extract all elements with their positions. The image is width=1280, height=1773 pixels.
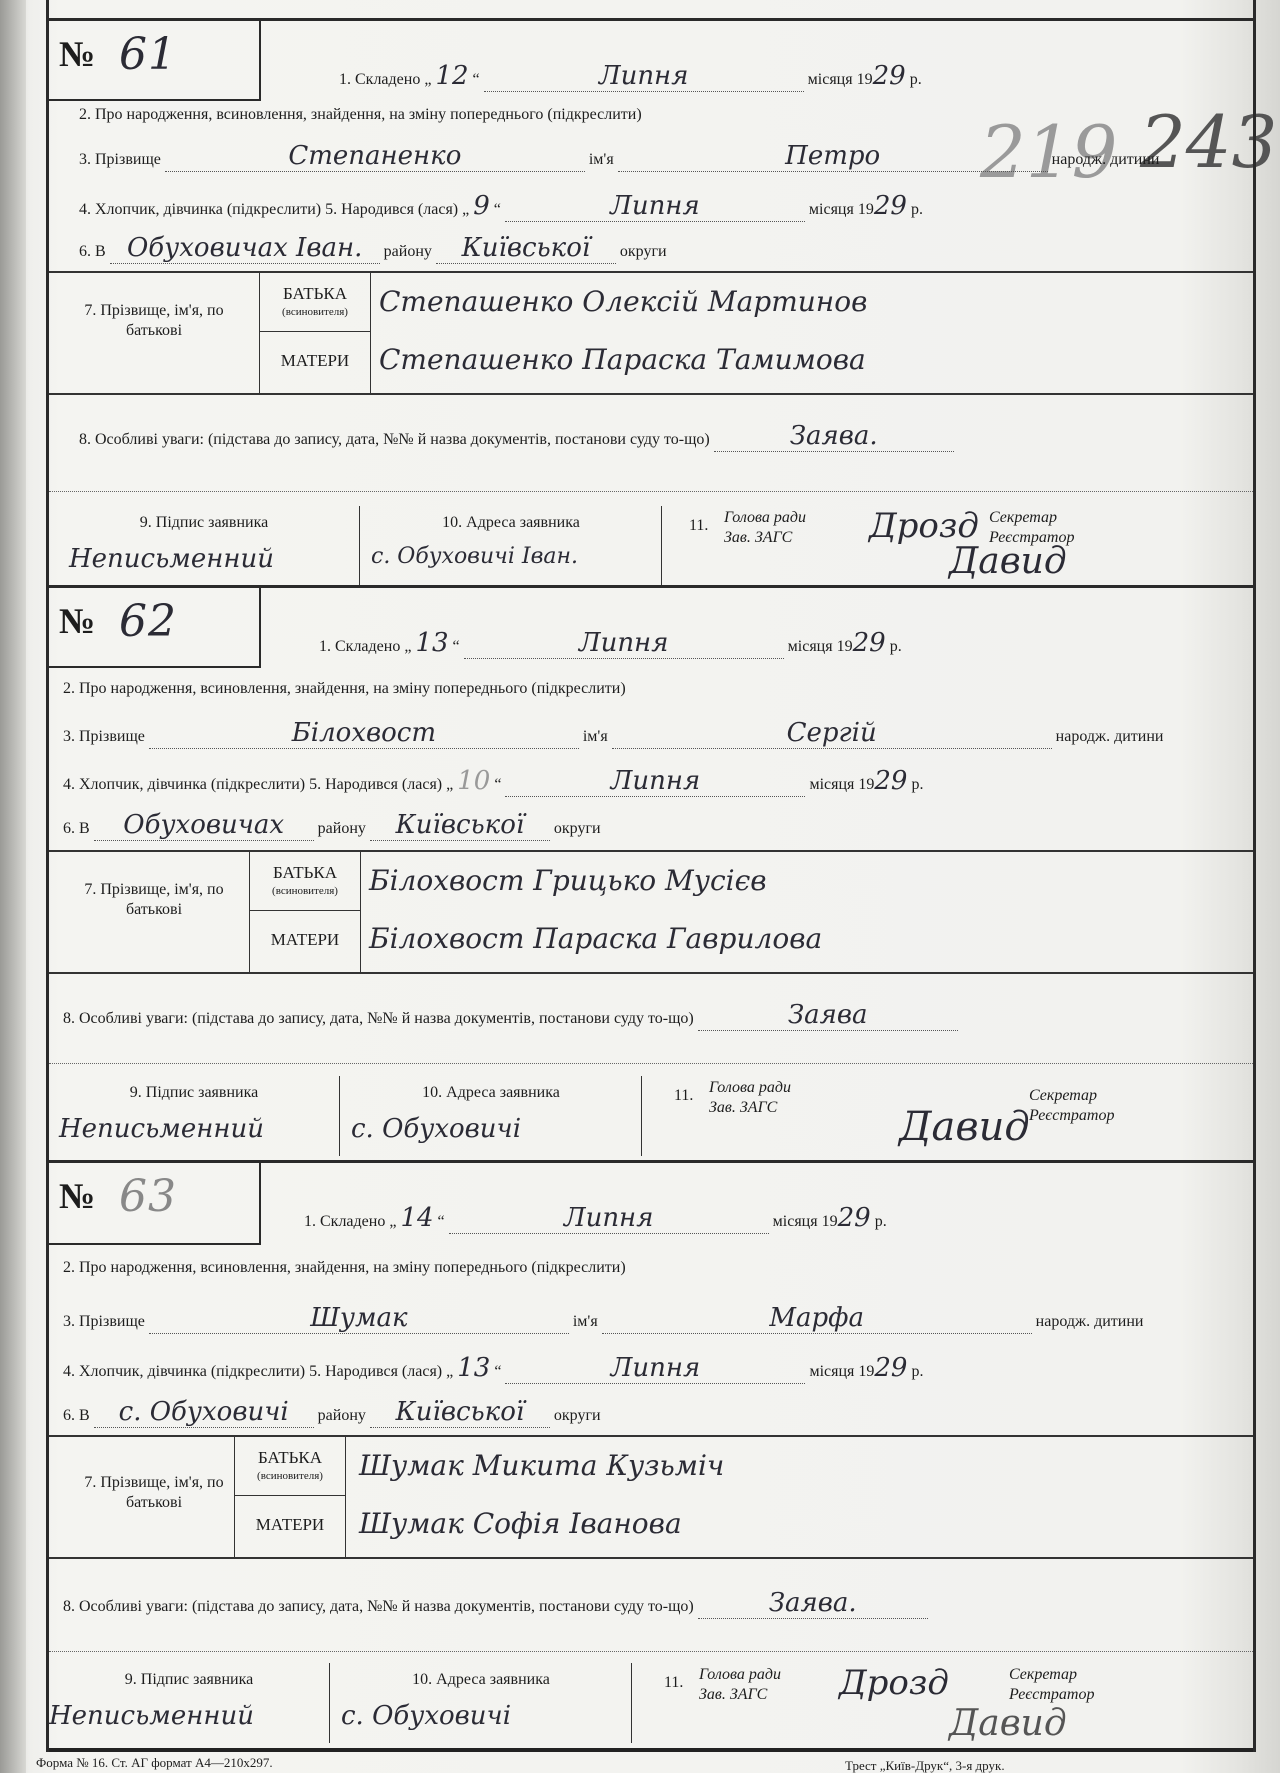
first-name-value: Петро xyxy=(785,141,880,171)
registrar-titles: СекретарРеєстратор xyxy=(1009,1665,1094,1705)
divider xyxy=(49,1651,1253,1652)
year-suffix: р. xyxy=(911,1363,923,1380)
divider xyxy=(49,491,1253,492)
mother-label: МАТЕРИ xyxy=(250,930,360,950)
composed-day: 13 xyxy=(415,628,448,658)
officials-number: 11. xyxy=(674,1086,693,1106)
composed-month: Липня xyxy=(599,61,689,91)
record-number: 63 xyxy=(119,1171,177,1222)
applicant-address: с. Обуховичі Іван. xyxy=(371,544,578,569)
year-suffix: р. xyxy=(911,201,923,218)
remarks-label: 8. Особливі уваги: (підстава до запису, … xyxy=(63,1598,694,1615)
birth-line: 4. Хлопчик, дівчинка (підкреслити) 5. На… xyxy=(79,191,923,222)
applicant-signature: Неписьменний xyxy=(49,1701,254,1731)
born-year: 29 xyxy=(874,766,907,796)
remarks-line: 8. Особливі уваги: (підстава до запису, … xyxy=(63,1588,928,1619)
surname-line: 3. Прізвище Білохвост ім'я Сергій народж… xyxy=(63,718,1163,749)
child-born-label: народж. дитини xyxy=(1036,1313,1144,1330)
official-titles: Голова радиЗав. ЗАГС xyxy=(699,1665,781,1705)
first-name-value: Марфа xyxy=(769,1303,864,1333)
quote: “ xyxy=(494,201,501,218)
record-63: № 63 1. Складено „ 14 “ Липня місяця 192… xyxy=(49,1160,1253,1743)
applicant-address-cell: 10. Адреса заявника с. Обуховичі xyxy=(331,1663,631,1743)
record-number-box: № 62 xyxy=(49,588,261,668)
composed-year: 29 xyxy=(873,61,906,91)
born-label: 5. Народився (лася) „ xyxy=(309,776,453,793)
applicant-signature: Неписьменний xyxy=(59,1114,264,1144)
surname-label: 3. Прізвище xyxy=(79,151,161,168)
father-value: Степашенко Олексій Мартинов xyxy=(379,285,867,318)
born-year: 29 xyxy=(874,1353,907,1383)
place-line: 6. В с. Обуховичі району Київської округ… xyxy=(63,1397,601,1428)
year-suffix: р. xyxy=(890,638,902,655)
record-number-box: № 61 xyxy=(49,21,261,101)
parents-column: БАТЬКА(всиновителя) МАТЕРИ xyxy=(234,1437,346,1557)
composed-month: Липня xyxy=(564,1203,654,1233)
place-value: Обуховичах xyxy=(123,810,284,840)
number-sign: № xyxy=(59,33,95,75)
mother-value: Шумак Софія Іванова xyxy=(359,1507,682,1540)
composed-label: 1. Складено „ xyxy=(339,71,431,88)
district-value: Київської xyxy=(462,233,591,263)
record-number: 62 xyxy=(119,596,177,647)
remarks-label: 8. Особливі уваги: (підстава до запису, … xyxy=(63,1010,694,1027)
month-of-label: місяця 19 xyxy=(809,201,874,218)
applicant-address-cell: 10. Адреса заявника с. Обуховичі Іван. xyxy=(361,506,661,586)
place-value: с. Обуховичі xyxy=(119,1397,289,1427)
surname-value: Білохвост xyxy=(292,718,436,748)
about-line: 2. Про народження, всиновлення, знайденн… xyxy=(63,680,626,698)
place-line: 6. В Обуховичах району Київської округи xyxy=(63,810,601,841)
composed-year: 29 xyxy=(838,1203,871,1233)
composed-label: 1. Складено „ xyxy=(319,638,411,655)
applicant-signature-cell: 9. Підпис заявника Неписьменний xyxy=(49,1076,339,1156)
quote: “ xyxy=(494,1363,501,1380)
about-line: 2. Про народження, всиновлення, знайденн… xyxy=(79,106,642,124)
remarks-value: Заява. xyxy=(769,1588,857,1618)
registrar-signature: Давид xyxy=(949,541,1067,582)
born-month: Липня xyxy=(610,191,700,221)
printer-info: Трест „Київ-Друк“, 3-я друк. xyxy=(845,1758,1005,1773)
first-name-label: ім'я xyxy=(573,1313,598,1330)
quote: “ xyxy=(494,776,501,793)
divider xyxy=(49,972,1253,974)
registry-form: № 61 1. Складено „ 12 “ Липня місяця 192… xyxy=(46,0,1256,1752)
district-value: Київської xyxy=(396,1397,525,1427)
torn-left-edge xyxy=(0,0,26,1773)
applicant-address: с. Обуховичі xyxy=(351,1114,521,1144)
in-label: 6. В xyxy=(63,1407,90,1424)
sex-label: 4. Хлопчик, дівчинка (підкреслити) xyxy=(63,776,305,793)
number-sign: № xyxy=(59,1175,95,1217)
composed-year: 29 xyxy=(853,628,886,658)
officials-number: 11. xyxy=(689,516,708,536)
form-bottom-border xyxy=(49,1748,1253,1752)
born-day: 9 xyxy=(473,191,490,221)
year-suffix: р. xyxy=(875,1213,887,1230)
first-name-label: ім'я xyxy=(589,151,614,168)
father-label: БАТЬКА(всиновителя) xyxy=(250,864,360,900)
month-of-label: місяця 19 xyxy=(809,776,874,793)
registrar-titles: СекретарРеєстратор xyxy=(1029,1086,1114,1126)
official-titles: Голова радиЗав. ЗАГС xyxy=(709,1078,791,1118)
composed-day: 12 xyxy=(435,61,468,91)
surname-line: 3. Прізвище Степаненко ім'я Петро народж… xyxy=(79,141,1159,172)
signature-row: 9. Підпис заявника Неписьменний 10. Адре… xyxy=(49,506,1253,586)
form-info: Форма № 16. Ст. АГ формат А4—210х297. xyxy=(36,1755,273,1771)
okrug-label: округи xyxy=(554,1407,601,1424)
chairman-signature: Дрозд xyxy=(869,506,979,546)
born-month: Липня xyxy=(611,766,701,796)
quote: “ xyxy=(473,71,480,88)
record-number-box: № 63 xyxy=(49,1163,261,1245)
born-month: Липня xyxy=(611,1353,701,1383)
applicant-address-cell: 10. Адреса заявника с. Обуховичі xyxy=(341,1076,641,1156)
father-value: Шумак Микита Кузьміч xyxy=(359,1449,724,1482)
composed-month: Липня xyxy=(579,628,669,658)
quote: “ xyxy=(438,1213,445,1230)
divider xyxy=(49,1063,1253,1064)
okrug-label: округи xyxy=(554,820,601,837)
record-number: 61 xyxy=(119,29,177,80)
child-born-label: народж. дитини xyxy=(1052,151,1160,168)
parents-label: 7. Прізвище, ім'я, по батькові xyxy=(69,1473,239,1513)
remarks-value: Заява. xyxy=(790,421,878,451)
official-titles: Голова радиЗав. ЗАГС xyxy=(724,508,806,548)
applicant-signature-cell: 9. Підпис заявника Неписьменний xyxy=(49,506,359,586)
chairman-signature: Дрозд xyxy=(839,1663,949,1703)
mother-value: Білохвост Параска Гаврилова xyxy=(369,922,822,955)
record-61: № 61 1. Складено „ 12 “ Липня місяця 192… xyxy=(49,18,1253,586)
father-label: БАТЬКА(всиновителя) xyxy=(235,1449,345,1485)
remarks-value: Заява xyxy=(788,1000,868,1030)
district-label: району xyxy=(318,820,366,837)
parents-block: 7. Прізвище, ім'я, по батькові БАТЬКА(вс… xyxy=(49,273,1253,393)
about-line: 2. Про народження, всиновлення, знайденн… xyxy=(63,1259,626,1277)
born-year: 29 xyxy=(874,191,907,221)
father-value: Білохвост Грицько Мусієв xyxy=(369,864,767,897)
number-sign: № xyxy=(59,600,95,642)
okrug-label: округи xyxy=(620,243,667,260)
surname-label: 3. Прізвище xyxy=(63,1313,145,1330)
in-label: 6. В xyxy=(79,243,106,260)
first-name-value: Сергій xyxy=(787,718,877,748)
first-name-label: ім'я xyxy=(583,728,608,745)
born-label: 5. Народився (лася) „ xyxy=(325,201,469,218)
composed-label: 1. Складено „ xyxy=(304,1213,396,1230)
mother-label: МАТЕРИ xyxy=(260,351,370,371)
year-suffix: р. xyxy=(910,71,922,88)
record-62: № 62 1. Складено „ 13 “ Липня місяця 192… xyxy=(49,585,1253,1158)
birth-line: 4. Хлопчик, дівчинка (підкреслити) 5. На… xyxy=(63,1353,923,1384)
mother-label: МАТЕРИ xyxy=(235,1515,345,1535)
surname-value: Шумак xyxy=(310,1303,407,1333)
registrar-signature: Давид xyxy=(899,1104,1030,1150)
sex-label: 4. Хлопчик, дівчинка (підкреслити) xyxy=(79,201,321,218)
surname-value: Степаненко xyxy=(288,141,461,171)
surname-line: 3. Прізвище Шумак ім'я Марфа народж. дит… xyxy=(63,1303,1143,1334)
registrar-signature: Давид xyxy=(949,1703,1067,1744)
quote: “ xyxy=(453,638,460,655)
parents-label: 7. Прізвище, ім'я, по батькові xyxy=(69,880,239,920)
parents-block: 7. Прізвище, ім'я, по батькові БАТЬКА(вс… xyxy=(49,1437,1253,1557)
applicant-signature-cell: 9. Підпис заявника Неписьменний xyxy=(49,1663,329,1743)
mother-value: Степашенко Параска Тамимова xyxy=(379,343,866,376)
born-label: 5. Народився (лася) „ xyxy=(309,1363,453,1380)
district-label: району xyxy=(318,1407,366,1424)
year-suffix: р. xyxy=(911,776,923,793)
composed-line: 1. Складено „ 13 “ Липня місяця 1929 р. xyxy=(319,628,902,659)
signature-row: 9. Підпис заявника Неписьменний 10. Адре… xyxy=(49,1663,1253,1743)
month-of-label: місяця 19 xyxy=(809,1363,874,1380)
child-born-label: народж. дитини xyxy=(1056,728,1164,745)
surname-label: 3. Прізвище xyxy=(63,728,145,745)
place-line: 6. В Обуховичах Іван. району Київської о… xyxy=(79,233,667,264)
month-of-label: місяця 19 xyxy=(773,1213,838,1230)
divider xyxy=(49,393,1253,395)
remarks-line: 8. Особливі уваги: (підстава до запису, … xyxy=(79,421,954,452)
remarks-line: 8. Особливі уваги: (підстава до запису, … xyxy=(63,1000,958,1031)
born-day: 10 xyxy=(457,766,490,796)
place-value: Обуховичах Іван. xyxy=(127,233,362,263)
composed-line: 1. Складено „ 12 “ Липня місяця 1929 р. xyxy=(339,61,922,92)
applicant-address: с. Обуховичі xyxy=(341,1701,511,1731)
sex-label: 4. Хлопчик, дівчинка (підкреслити) xyxy=(63,1363,305,1380)
applicant-signature: Неписьменний xyxy=(69,544,274,574)
divider xyxy=(49,1557,1253,1559)
month-of-label: місяця 19 xyxy=(788,638,853,655)
parents-label: 7. Прізвище, ім'я, по батькові xyxy=(69,301,239,341)
parents-block: 7. Прізвище, ім'я, по батькові БАТЬКА(вс… xyxy=(49,852,1253,972)
composed-day: 14 xyxy=(400,1203,433,1233)
composed-line: 1. Складено „ 14 “ Липня місяця 1929 р. xyxy=(304,1203,887,1234)
birth-line: 4. Хлопчик, дівчинка (підкреслити) 5. На… xyxy=(63,766,923,797)
remarks-label: 8. Особливі уваги: (підстава до запису, … xyxy=(79,431,710,448)
parents-column: БАТЬКА(всиновителя) МАТЕРИ xyxy=(259,273,371,393)
in-label: 6. В xyxy=(63,820,90,837)
parents-column: БАТЬКА(всиновителя) МАТЕРИ xyxy=(249,852,361,972)
month-of-label: місяця 19 xyxy=(808,71,873,88)
signature-row: 9. Підпис заявника Неписьменний 10. Адре… xyxy=(49,1076,1253,1156)
district-value: Київської xyxy=(396,810,525,840)
district-label: району xyxy=(384,243,432,260)
born-day: 13 xyxy=(457,1353,490,1383)
officials-number: 11. xyxy=(664,1673,683,1693)
father-label: БАТЬКА(всиновителя) xyxy=(260,285,370,321)
